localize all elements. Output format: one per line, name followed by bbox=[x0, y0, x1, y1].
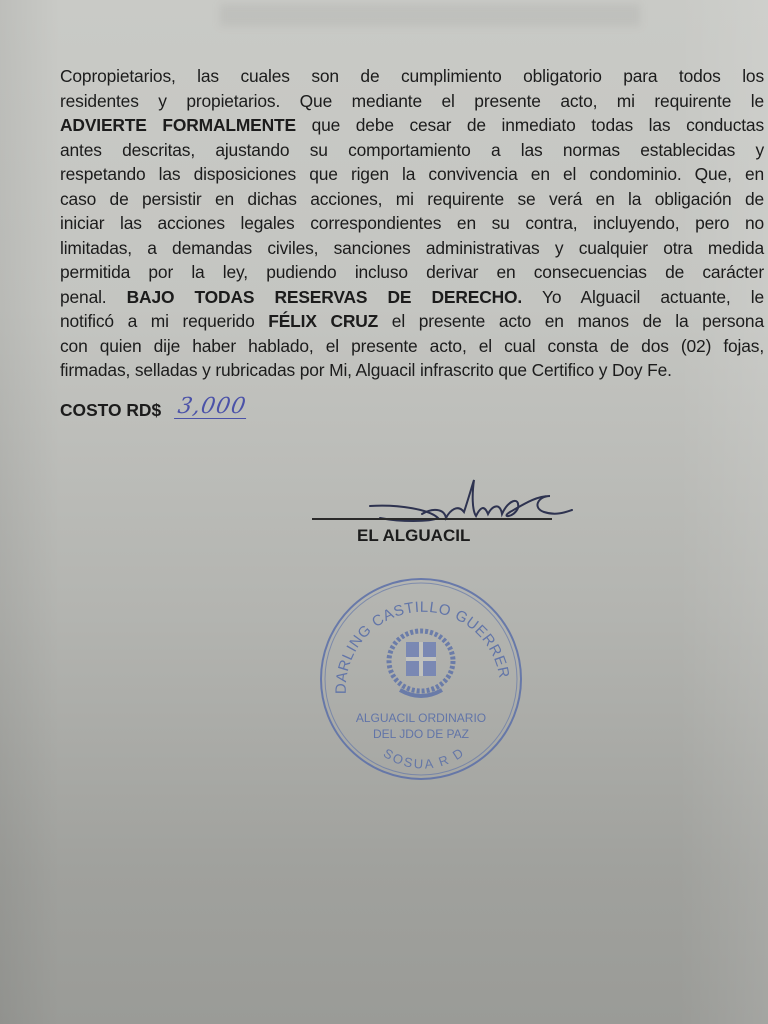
text-run: penal. bbox=[60, 287, 127, 307]
text-run: antes descritas, ajustando su comportami… bbox=[60, 140, 764, 160]
text-run: permitida por la ley, pudiendo incluso d… bbox=[60, 262, 764, 282]
body-line: ADVIERTE FORMALMENTE que debe cesar de i… bbox=[60, 113, 764, 138]
handwritten-cost-value: 3,000 bbox=[174, 396, 250, 419]
seal-bottom-text: SOSUA R D bbox=[381, 744, 468, 772]
bold-emphasis: ADVIERTE FORMALMENTE bbox=[60, 115, 296, 135]
text-run: firmadas, selladas y rubricadas por Mi, … bbox=[60, 360, 672, 380]
document-body: Copropietarios, las cuales son de cumpli… bbox=[60, 64, 764, 383]
official-seal-stamp: DARLING CASTILLO GUERRERO ALGUACIL ORDIN… bbox=[318, 576, 524, 782]
signature-line bbox=[312, 518, 552, 520]
body-line: penal. BAJO TODAS RESERVAS DE DERECHO. Y… bbox=[60, 285, 764, 310]
seal-line-1: ALGUACIL ORDINARIO bbox=[356, 711, 486, 725]
bold-emphasis: BAJO TODAS RESERVAS DE DERECHO. bbox=[127, 287, 522, 307]
svg-text:SOSUA R D: SOSUA R D bbox=[381, 744, 468, 772]
coat-of-arms-icon bbox=[389, 631, 453, 696]
text-run: caso de persistir en dichas acciones, mi… bbox=[60, 189, 764, 209]
text-run: Copropietarios, las cuales son de cumpli… bbox=[60, 66, 764, 86]
body-line: antes descritas, ajustando su comportami… bbox=[60, 138, 764, 163]
body-line: firmadas, selladas y rubricadas por Mi, … bbox=[60, 358, 764, 383]
text-run: notificó a mi requerido bbox=[60, 311, 268, 331]
seal-top-arc-text: DARLING CASTILLO GUERRERO bbox=[318, 576, 512, 694]
seal-line-2: DEL JDO DE PAZ bbox=[373, 727, 469, 741]
body-line: respetando las disposiciones que rigen l… bbox=[60, 162, 764, 187]
svg-text:DARLING CASTILLO GUERRERO: DARLING CASTILLO GUERRERO bbox=[318, 576, 512, 694]
signature-scribble bbox=[360, 474, 580, 534]
body-line: iniciar las acciones legales correspondi… bbox=[60, 211, 764, 236]
body-line: caso de persistir en dichas acciones, mi… bbox=[60, 187, 764, 212]
text-run: el presente acto en manos de la persona bbox=[378, 311, 764, 331]
body-line: residentes y propietarios. Que mediante … bbox=[60, 89, 764, 114]
body-line: permitida por la ley, pudiendo incluso d… bbox=[60, 260, 764, 285]
body-line: notificó a mi requerido FÉLIX CRUZ el pr… bbox=[60, 309, 764, 334]
cost-label: COSTO RD$ bbox=[60, 400, 161, 421]
signature-label: EL ALGUACIL bbox=[357, 526, 470, 546]
body-line: con quien dije haber hablado, el present… bbox=[60, 334, 764, 359]
bleed-through-text bbox=[220, 4, 640, 26]
text-run: respetando las disposiciones que rigen l… bbox=[60, 164, 764, 184]
text-run: iniciar las acciones legales correspondi… bbox=[60, 213, 764, 233]
text-run: limitadas, a demandas civiles, sanciones… bbox=[60, 238, 764, 258]
body-line: Copropietarios, las cuales son de cumpli… bbox=[60, 64, 764, 89]
text-run: Yo Alguacil actuante, le bbox=[522, 287, 764, 307]
text-run: con quien dije haber hablado, el present… bbox=[60, 336, 764, 356]
text-run: que debe cesar de inmediato todas las co… bbox=[296, 115, 764, 135]
text-run: residentes y propietarios. Que mediante … bbox=[60, 91, 764, 111]
paper-shadow-left bbox=[0, 0, 60, 1024]
body-line: limitadas, a demandas civiles, sanciones… bbox=[60, 236, 764, 261]
bold-emphasis: FÉLIX CRUZ bbox=[268, 311, 378, 331]
